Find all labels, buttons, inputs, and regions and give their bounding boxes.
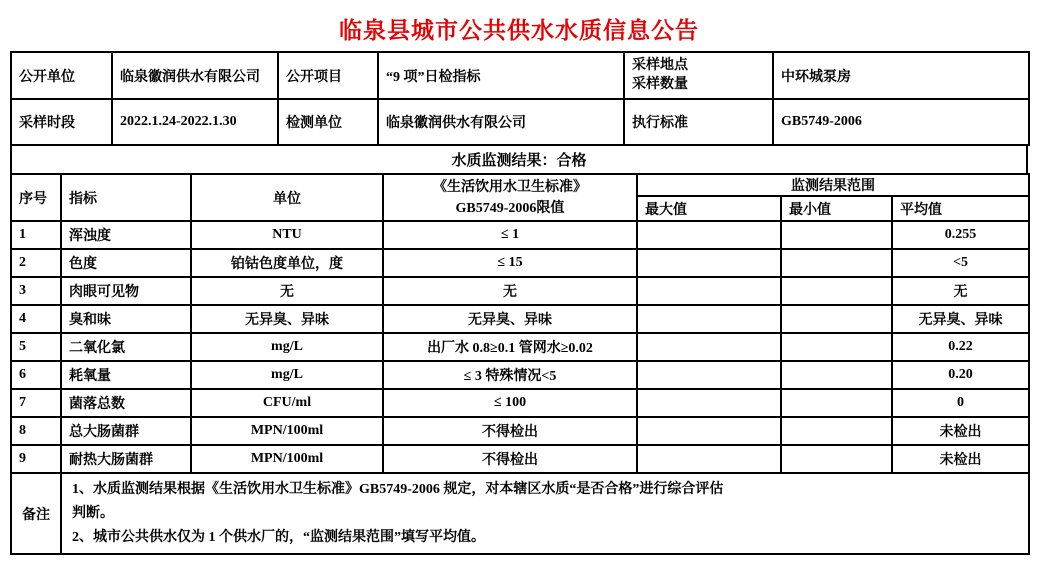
cell-limit: ≤ 100	[383, 389, 637, 417]
cell-max	[637, 249, 781, 277]
cell-indicator: 二氧化氯	[61, 333, 191, 361]
cell-avg: 0.255	[892, 221, 1029, 249]
table-row: 7 菌落总数 CFU/ml ≤ 100 0	[11, 389, 1029, 417]
cell-max	[637, 361, 781, 389]
sample-location-value: 中环城泵房	[773, 52, 1029, 99]
cell-unit: 无异臭、异味	[191, 305, 383, 333]
page-title: 临泉县城市公共供水水质信息公告	[10, 0, 1028, 51]
cell-indicator: 耗氧量	[61, 361, 191, 389]
cell-avg: 未检出	[892, 445, 1029, 473]
info-row-2: 采样时段 2022.1.24-2022.1.30 检测单位 临泉徽润供水有限公司…	[11, 99, 1029, 145]
cell-min	[781, 389, 892, 417]
header-no: 序号	[11, 174, 61, 221]
header-indicator: 指标	[61, 174, 191, 221]
cell-avg: 0	[892, 389, 1029, 417]
remark-line-1: 1、水质监测结果根据《生活饮用水卫生标准》GB5749-2006 规定，对本辖区…	[72, 478, 1018, 502]
results-table: 序号 指标 单位 《生活饮用水卫生标准》 GB5749-2006限值 监测结果范…	[10, 173, 1030, 474]
cell-max	[637, 389, 781, 417]
public-unit-label: 公开单位	[11, 52, 112, 99]
cell-indicator: 菌落总数	[61, 389, 191, 417]
cell-min	[781, 445, 892, 473]
announcement-page: 临泉县城市公共供水水质信息公告 公开单位 临泉徽润供水有限公司 公开项目 “9 …	[0, 0, 1038, 555]
cell-max	[637, 221, 781, 249]
cell-indicator: 臭和味	[61, 305, 191, 333]
header-standard-line2: GB5749-2006限值	[391, 198, 629, 219]
standard-label: 执行标准	[624, 99, 773, 145]
public-project-label: 公开项目	[278, 52, 378, 99]
test-unit-value: 临泉徽润供水有限公司	[378, 99, 624, 145]
cell-unit: NTU	[191, 221, 383, 249]
cell-limit: 无异臭、异味	[383, 305, 637, 333]
header-avg: 平均值	[892, 196, 1029, 221]
cell-max	[637, 417, 781, 445]
banner-row: 水质监测结果：合格	[11, 145, 1027, 174]
remark-row: 备注 1、水质监测结果根据《生活饮用水卫生标准》GB5749-2006 规定，对…	[11, 473, 1029, 554]
cell-min	[781, 221, 892, 249]
cell-no: 7	[11, 389, 61, 417]
table-row: 5 二氧化氯 mg/L 出厂水 0.8≥0.1 管网水≥0.02 0.22	[11, 333, 1029, 361]
test-unit-label: 检测单位	[278, 99, 378, 145]
cell-indicator: 浑浊度	[61, 221, 191, 249]
cell-max	[637, 305, 781, 333]
cell-max	[637, 333, 781, 361]
table-row: 4 臭和味 无异臭、异味 无异臭、异味 无异臭、异味	[11, 305, 1029, 333]
cell-limit: ≤ 3 特殊情况<5	[383, 361, 637, 389]
table-row: 2 色度 铂钴色度单位，度 ≤ 15 <5	[11, 249, 1029, 277]
cell-avg: <5	[892, 249, 1029, 277]
cell-avg: 无异臭、异味	[892, 305, 1029, 333]
cell-no: 6	[11, 361, 61, 389]
result-banner: 水质监测结果：合格	[11, 145, 1027, 174]
remark-table: 备注 1、水质监测结果根据《生活饮用水卫生标准》GB5749-2006 规定，对…	[10, 472, 1030, 555]
table-row: 3 肉眼可见物 无 无 无	[11, 277, 1029, 305]
header-standard-limit: 《生活饮用水卫生标准》 GB5749-2006限值	[383, 174, 637, 221]
cell-unit: MPN/100ml	[191, 417, 383, 445]
cell-no: 3	[11, 277, 61, 305]
header-max: 最大值	[637, 196, 781, 221]
header-range-group: 监测结果范围	[637, 174, 1029, 196]
cell-limit: 不得检出	[383, 445, 637, 473]
cell-min	[781, 361, 892, 389]
cell-no: 1	[11, 221, 61, 249]
cell-unit: MPN/100ml	[191, 445, 383, 473]
cell-min	[781, 249, 892, 277]
cell-indicator: 色度	[61, 249, 191, 277]
sample-period-value: 2022.1.24-2022.1.30	[112, 99, 278, 145]
cell-limit: 无	[383, 277, 637, 305]
info-table: 公开单位 临泉徽润供水有限公司 公开项目 “9 项”日检指标 采样地点 采样数量…	[10, 51, 1030, 146]
header-standard-line1: 《生活饮用水卫生标准》	[391, 177, 629, 198]
cell-unit: 无	[191, 277, 383, 305]
header-unit: 单位	[191, 174, 383, 221]
remark-content: 1、水质监测结果根据《生活饮用水卫生标准》GB5749-2006 规定，对本辖区…	[61, 473, 1029, 554]
cell-unit: mg/L	[191, 333, 383, 361]
banner-table: 水质监测结果：合格	[10, 144, 1028, 175]
cell-limit: 不得检出	[383, 417, 637, 445]
cell-indicator: 肉眼可见物	[61, 277, 191, 305]
cell-no: 4	[11, 305, 61, 333]
cell-no: 9	[11, 445, 61, 473]
cell-avg: 0.22	[892, 333, 1029, 361]
table-row: 6 耗氧量 mg/L ≤ 3 特殊情况<5 0.20	[11, 361, 1029, 389]
cell-avg: 未检出	[892, 417, 1029, 445]
cell-indicator: 耐热大肠菌群	[61, 445, 191, 473]
cell-limit: ≤ 15	[383, 249, 637, 277]
remark-label: 备注	[11, 473, 61, 554]
sample-quantity-label: 采样数量	[632, 76, 765, 95]
info-row-1: 公开单位 临泉徽润供水有限公司 公开项目 “9 项”日检指标 采样地点 采样数量…	[11, 52, 1029, 99]
cell-min	[781, 277, 892, 305]
cell-max	[637, 445, 781, 473]
cell-max	[637, 277, 781, 305]
cell-avg: 0.20	[892, 361, 1029, 389]
cell-no: 5	[11, 333, 61, 361]
cell-min	[781, 333, 892, 361]
sample-location-label: 采样地点	[632, 57, 765, 76]
results-header-row-1: 序号 指标 单位 《生活饮用水卫生标准》 GB5749-2006限值 监测结果范…	[11, 174, 1029, 196]
table-row: 8 总大肠菌群 MPN/100ml 不得检出 未检出	[11, 417, 1029, 445]
header-min: 最小值	[781, 196, 892, 221]
cell-min	[781, 305, 892, 333]
cell-limit: ≤ 1	[383, 221, 637, 249]
sample-location-quantity-label: 采样地点 采样数量	[624, 52, 773, 99]
cell-no: 2	[11, 249, 61, 277]
public-project-value: “9 项”日检指标	[378, 52, 624, 99]
table-row: 1 浑浊度 NTU ≤ 1 0.255	[11, 221, 1029, 249]
cell-unit: mg/L	[191, 361, 383, 389]
cell-limit: 出厂水 0.8≥0.1 管网水≥0.02	[383, 333, 637, 361]
remark-line-2: 判断。	[72, 502, 1018, 526]
public-unit-value: 临泉徽润供水有限公司	[112, 52, 278, 99]
table-row: 9 耐热大肠菌群 MPN/100ml 不得检出 未检出	[11, 445, 1029, 473]
sample-period-label: 采样时段	[11, 99, 112, 145]
standard-value: GB5749-2006	[773, 99, 1029, 145]
cell-no: 8	[11, 417, 61, 445]
cell-avg: 无	[892, 277, 1029, 305]
remark-line-3: 2、城市公共供水仅为 1 个供水厂的，“监测结果范围”填写平均值。	[72, 526, 1018, 550]
cell-unit: 铂钴色度单位，度	[191, 249, 383, 277]
cell-min	[781, 417, 892, 445]
cell-indicator: 总大肠菌群	[61, 417, 191, 445]
cell-unit: CFU/ml	[191, 389, 383, 417]
